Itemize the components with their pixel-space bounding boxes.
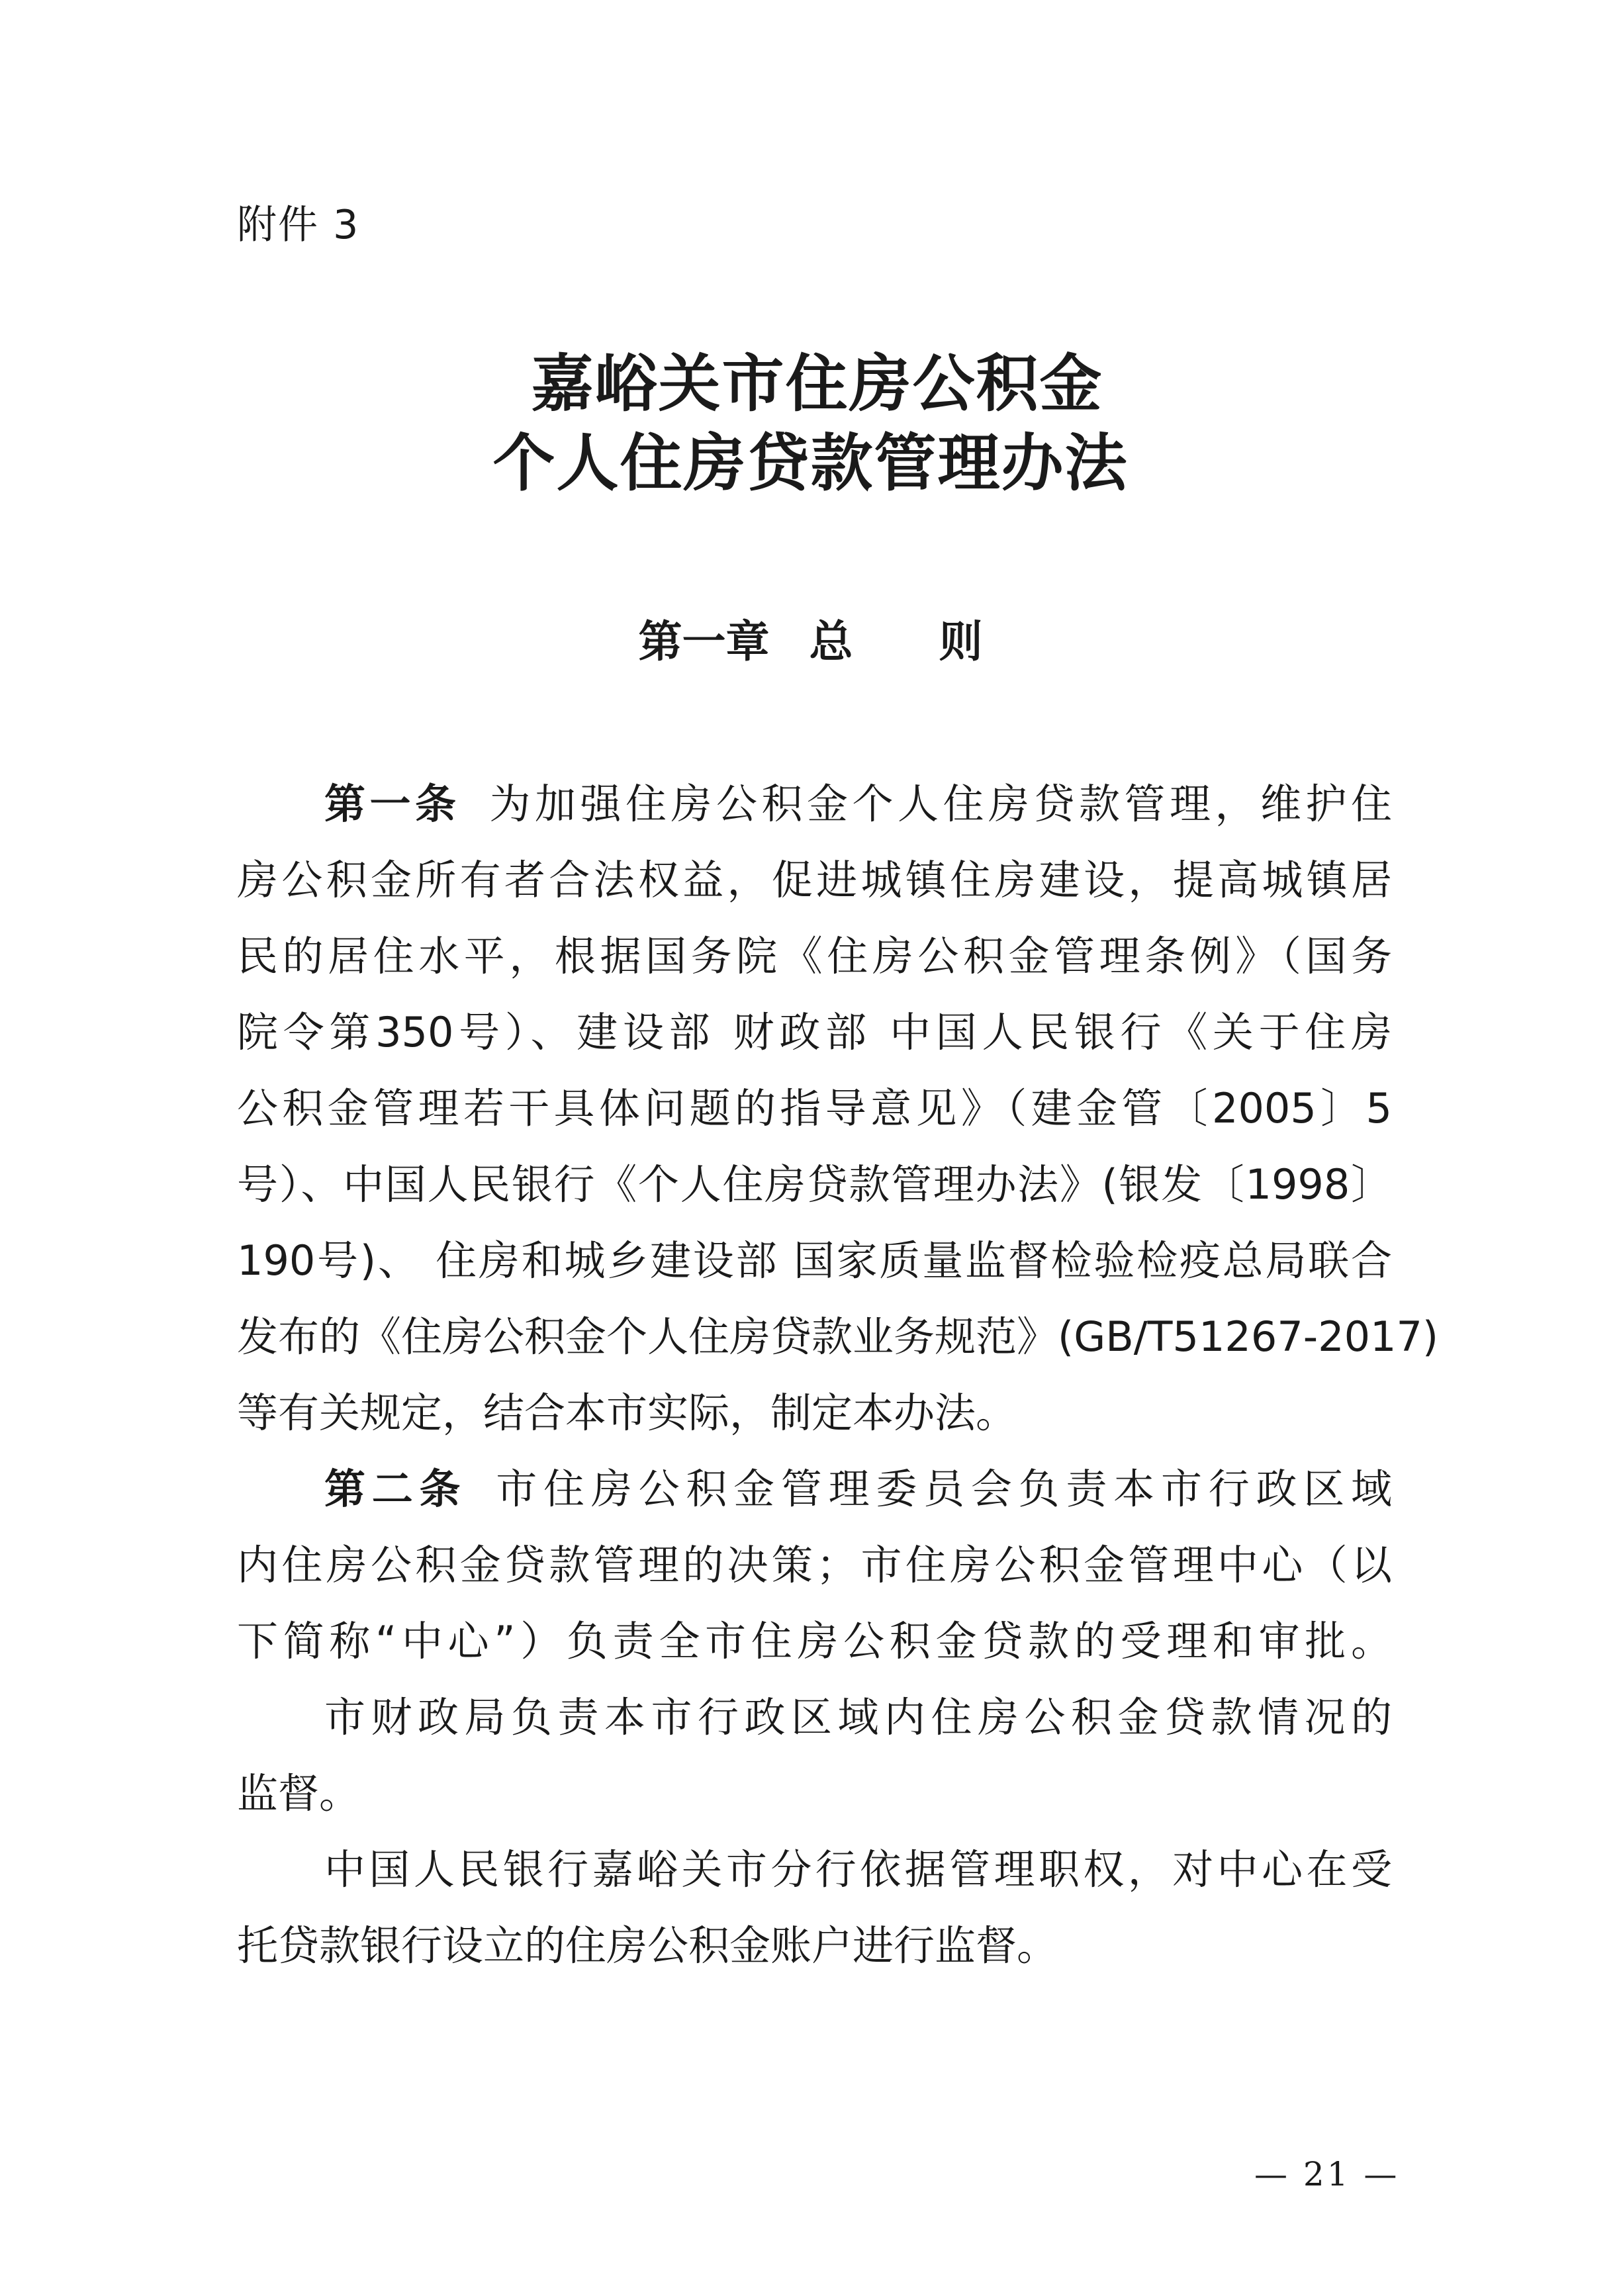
paragraph-2-line-1: 中国人民银行嘉峪关市分行依据管理职权，对中心在受 <box>324 1843 1392 1896</box>
article-1-line-8: 发布的《住房公积金个人住房贷款业务规范》(GB/T51267-2017) <box>237 1310 1392 1363</box>
article-1-line-5: 公积金管理若干具体问题的指导意见》（建金管〔2005〕5 <box>237 1082 1392 1135</box>
article-1-line-9: 等有关规定，结合本市实际，制定本办法。 <box>237 1387 1392 1440</box>
paragraph-1-line-2: 监督。 <box>237 1767 1392 1820</box>
article-2-line-2: 内住房公积金贷款管理的决策；市住房公积金管理中心（以 <box>237 1539 1392 1592</box>
article-1-label: 第一条 <box>324 780 461 828</box>
chapter-heading: 第一章总则 <box>0 612 1621 672</box>
attachment-label: 附件 3 <box>237 199 359 252</box>
chapter-name-part-1: 总 <box>810 612 853 672</box>
article-1-line-2: 房公积金所有者合法权益，促进城镇住房建设，提高城镇居 <box>237 854 1392 907</box>
article-1-line-1: 第一条为加强住房公积金个人住房贷款管理，维护住 <box>324 778 1392 831</box>
text-span: 市住房公积金管理委员会负责本市行政区域 <box>496 1465 1392 1513</box>
paragraph-2-line-2: 托贷款银行设立的住房公积金账户进行监督。 <box>237 1919 1392 1972</box>
chapter-number: 第一章 <box>639 612 770 672</box>
article-2-line-1: 第二条市住房公积金管理委员会负责本市行政区域 <box>324 1463 1392 1516</box>
article-1-line-3: 民的居住水平，根据国务院《住房公积金管理条例》（国务 <box>237 930 1392 983</box>
article-1-line-7: 190号)、 住房和城乡建设部 国家质量监督检验检疫总局联合 <box>237 1234 1392 1287</box>
document-title-line-1: 嘉峪关市住房公积金 <box>0 344 1621 424</box>
text-span: 为加强住房公积金个人住房贷款管理，维护住 <box>490 780 1392 828</box>
page-number: — 21 — <box>1254 2154 1399 2194</box>
article-2-line-3: 下简称“中心”）负责全市住房公积金贷款的受理和审批。 <box>237 1615 1392 1668</box>
paragraph-1-line-1: 市财政局负责本市行政区域内住房公积金贷款情况的 <box>324 1691 1392 1744</box>
article-2-label: 第二条 <box>324 1465 467 1513</box>
article-1-line-4: 院令第350号）、建设部 财政部 中国人民银行《关于住房 <box>237 1006 1392 1059</box>
document-title-line-2: 个人住房贷款管理办法 <box>0 424 1621 503</box>
article-1-line-6: 号）、中国人民银行《个人住房贷款管理办法》(银发〔1998〕 <box>237 1158 1392 1211</box>
chapter-name-part-2: 则 <box>939 612 983 672</box>
